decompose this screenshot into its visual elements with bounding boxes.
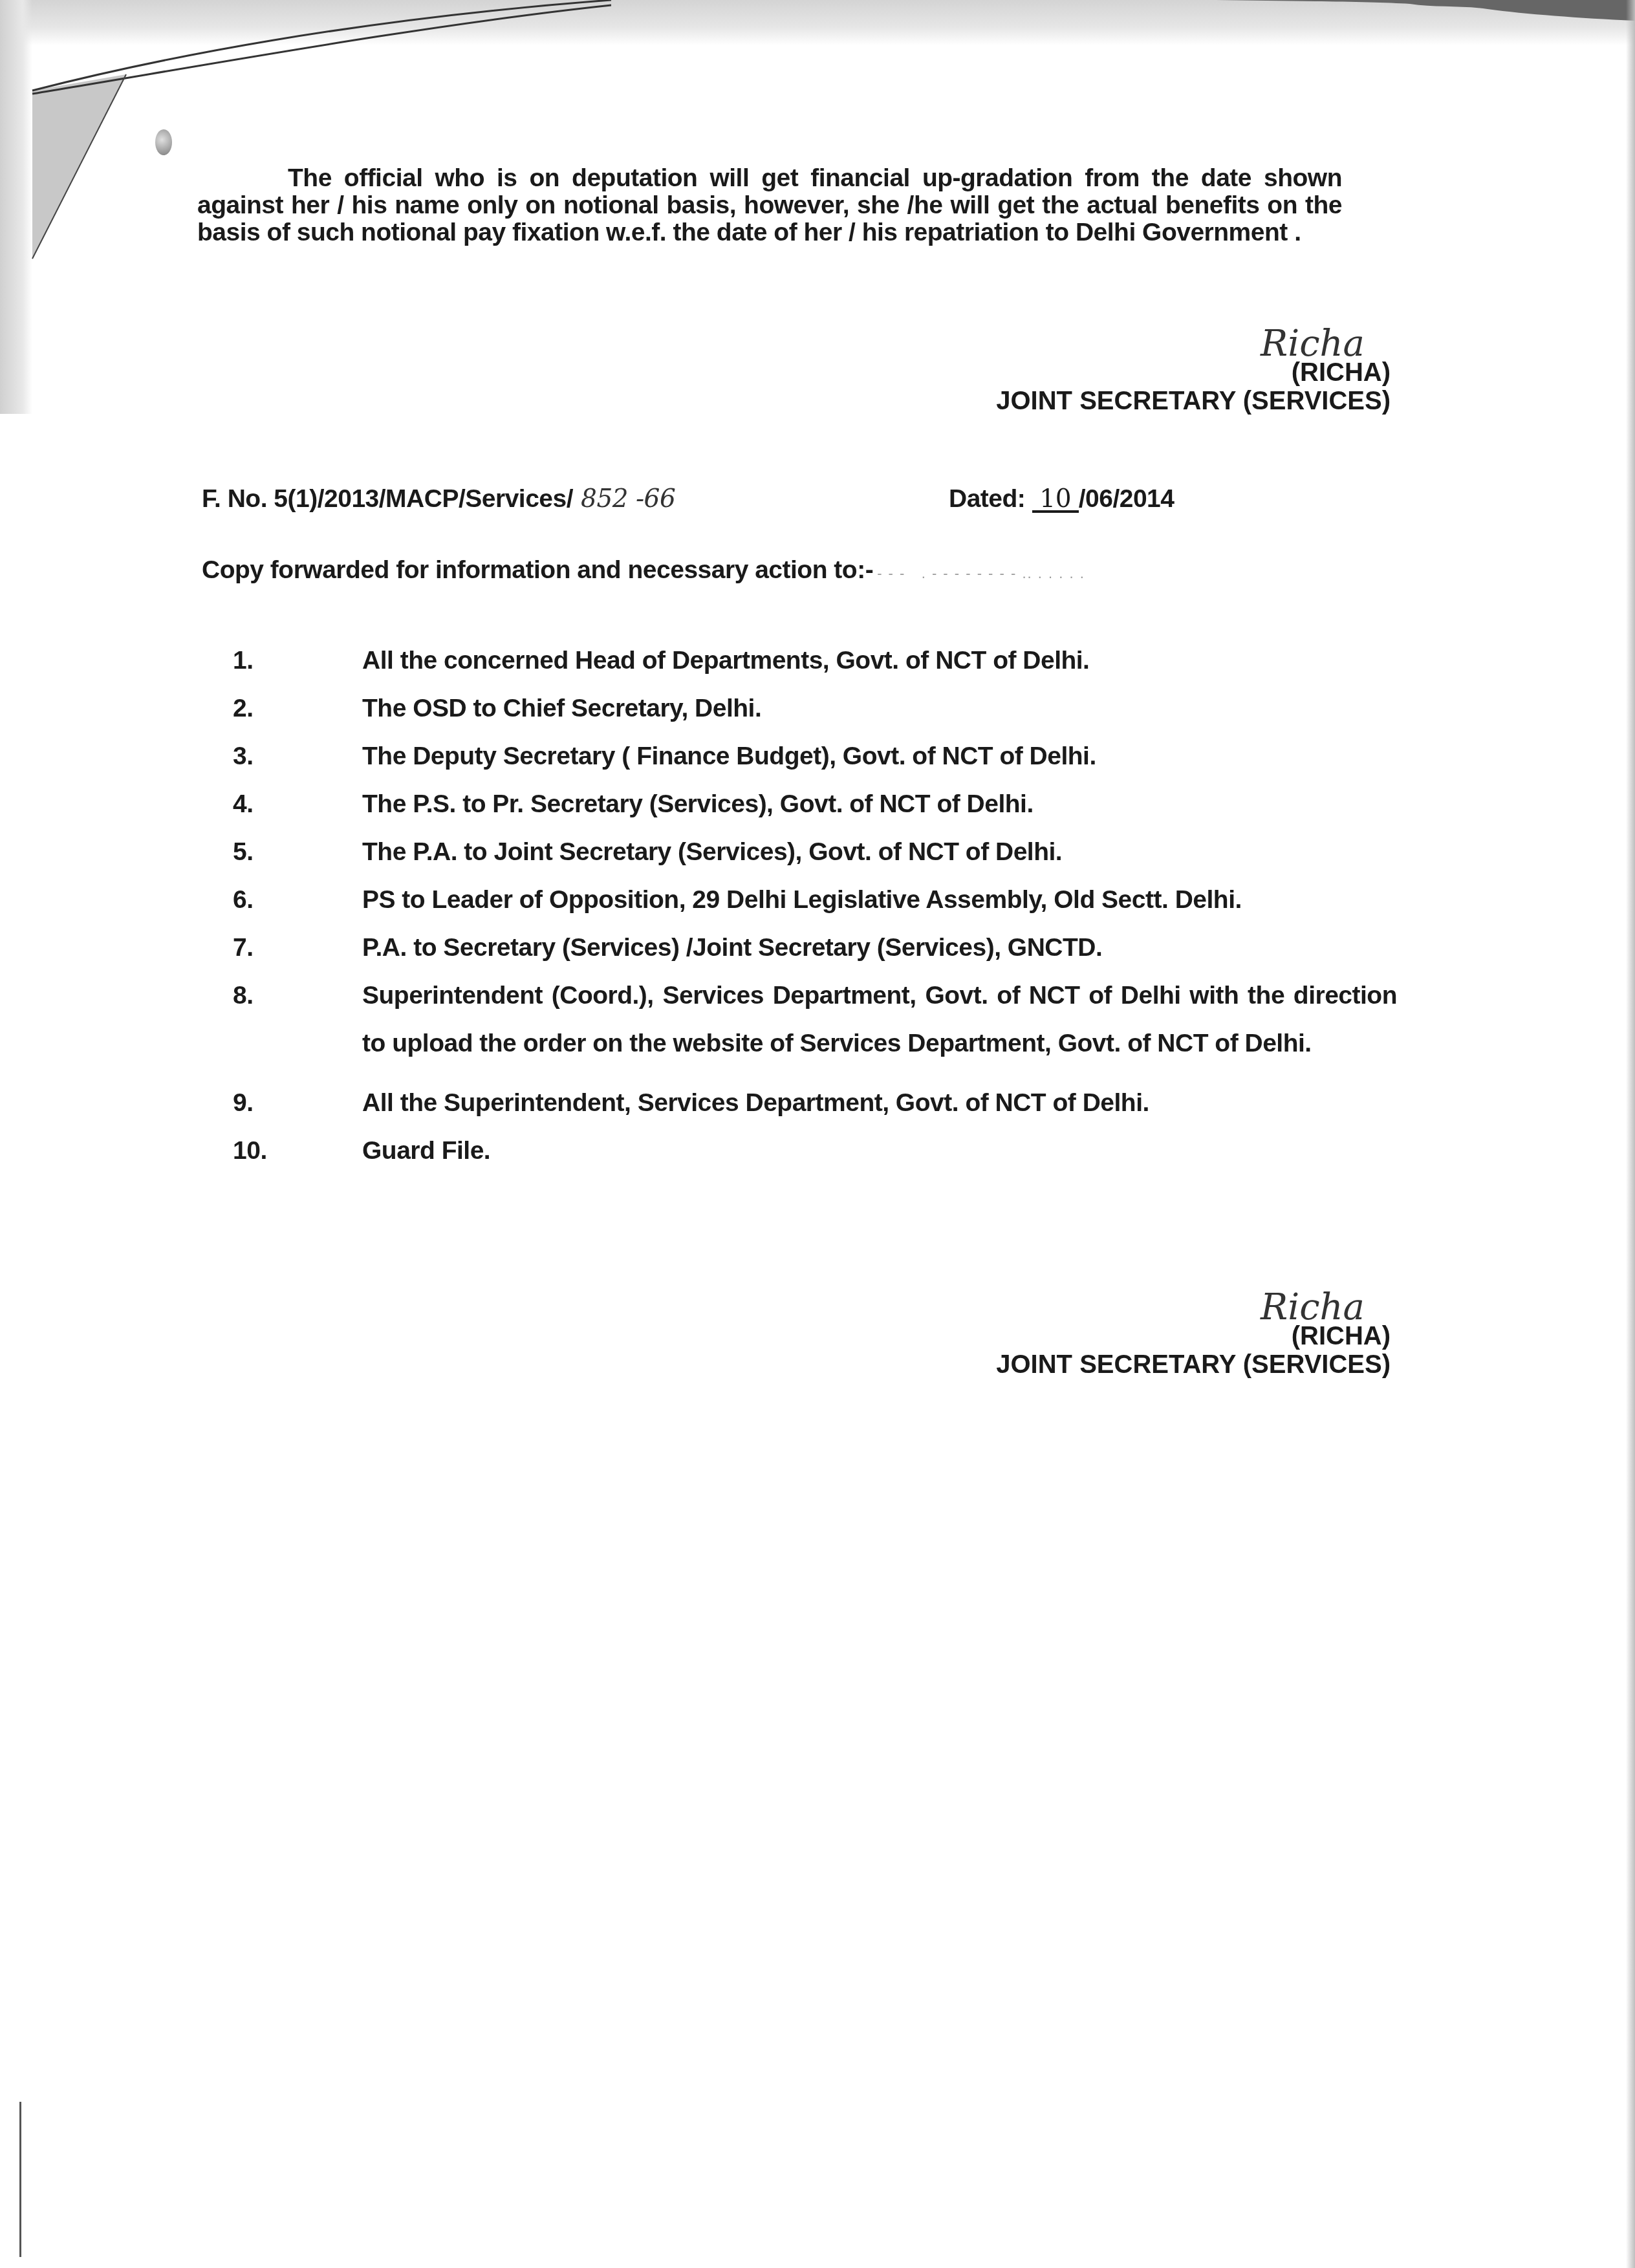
list-item: 6. PS to Leader of Opposition, 29 Delhi … [233, 876, 1397, 924]
scan-shadow-left [0, 0, 32, 414]
list-item: 8. Superintendent (Coord.), Services Dep… [233, 972, 1397, 1068]
list-item-text: The OSD to Chief Secretary, Delhi. [362, 685, 1397, 733]
scan-shadow-right [1626, 0, 1635, 2268]
list-item-number: 3. [233, 733, 362, 781]
list-item: 2. The OSD to Chief Secretary, Delhi. [233, 685, 1397, 733]
list-item-number: 7. [233, 924, 362, 972]
list-item-number: 5. [233, 828, 362, 876]
body-paragraph: The official who is on deputation will g… [197, 165, 1342, 246]
list-item-text: Superintendent (Coord.), Services Depart… [362, 972, 1397, 1068]
list-item: 10. Guard File. [233, 1127, 1397, 1175]
signature-block-bottom: Richa (RICHA) JOINT SECRETARY (SERVICES) [893, 1293, 1391, 1379]
signatory-name: (RICHA) [893, 358, 1391, 387]
file-number: F. No. 5(1)/2013/MACP/Services/852 -66 [202, 484, 675, 515]
signature-block-top: Richa (RICHA) JOINT SECRETARY (SERVICES) [893, 330, 1391, 415]
dated-label: Dated: [949, 485, 1025, 513]
list-item: 5. The P.A. to Joint Secretary (Services… [233, 828, 1397, 876]
list-item-text: The P.A. to Joint Secretary (Services), … [362, 828, 1397, 876]
signatory-designation: JOINT SECRETARY (SERVICES) [893, 387, 1391, 415]
handwritten-signature: Richa [893, 330, 1365, 358]
list-item-text: P.A. to Secretary (Services) /Joint Secr… [362, 924, 1397, 972]
punch-hole-artifact [155, 129, 172, 155]
signatory-designation: JOINT SECRETARY (SERVICES) [893, 1350, 1391, 1379]
list-item-text: PS to Leader of Opposition, 29 Delhi Leg… [362, 876, 1397, 924]
signatory-name: (RICHA) [893, 1322, 1391, 1350]
list-item-number: 8. [233, 972, 362, 1068]
scan-dashes-artifact: - - - . - - - - - - - - .. . . . . . [877, 565, 1085, 581]
list-item-number: 10. [233, 1127, 362, 1175]
list-item: 3. The Deputy Secretary ( Finance Budget… [233, 733, 1397, 781]
list-item-text: The P.S. to Pr. Secretary (Services), Go… [362, 781, 1397, 828]
list-item: 7. P.A. to Secretary (Services) /Joint S… [233, 924, 1397, 972]
file-number-handwritten: 852 -66 [581, 484, 675, 513]
file-number-printed: F. No. 5(1)/2013/MACP/Services/ [202, 485, 573, 513]
list-item-text: All the concerned Head of Departments, G… [362, 637, 1397, 685]
list-item-number: 1. [233, 637, 362, 685]
list-item-number: 2. [233, 685, 362, 733]
list-item: 1. All the concerned Head of Departments… [233, 637, 1397, 685]
list-item-text: Guard File. [362, 1127, 1397, 1175]
list-item-text: The Deputy Secretary ( Finance Budget), … [362, 733, 1397, 781]
dated-line: Dated: 10/06/2014 [949, 484, 1175, 515]
list-item-number: 9. [233, 1079, 362, 1127]
list-item: 4. The P.S. to Pr. Secretary (Services),… [233, 781, 1397, 828]
list-item-text: All the Superintendent, Services Departm… [362, 1079, 1397, 1127]
dated-day-handwritten: 10 [1032, 488, 1079, 513]
handwritten-signature: Richa [893, 1293, 1365, 1322]
list-item-number: 4. [233, 781, 362, 828]
dated-month-year: /06/2014 [1079, 485, 1175, 513]
scan-smear-top-right [1216, 0, 1635, 26]
list-item: 9. All the Superintendent, Services Depa… [233, 1079, 1397, 1127]
distribution-list: 1. All the concerned Head of Departments… [233, 637, 1397, 1175]
list-item-number: 6. [233, 876, 362, 924]
copy-forwarded-text: Copy forwarded for information and neces… [202, 556, 873, 584]
copy-forwarded-heading: Copy forwarded for information and neces… [202, 555, 1085, 586]
scan-line-artifact [19, 2102, 21, 2257]
